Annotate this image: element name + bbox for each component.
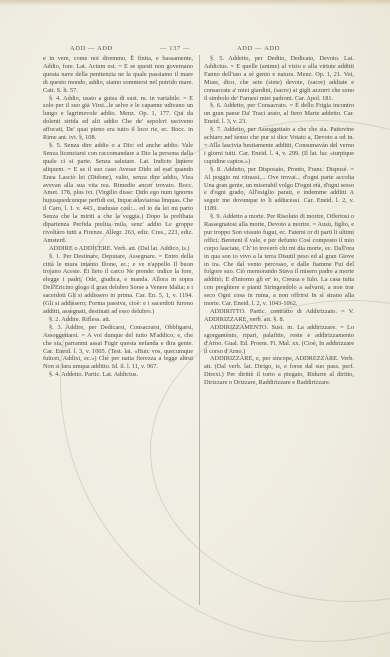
- column-divider: [199, 55, 200, 605]
- entry-paragraph: §. 3. Addire, per Dedicarsi, Consacrarsi…: [43, 324, 193, 371]
- entry-paragraph: §. 8. Addetto, per Disposato, Pronto, Fr…: [204, 166, 354, 213]
- headword-entry: ADDIRIZZAMENTO. Sust. m. La addirizzare.…: [204, 324, 354, 356]
- entry-paragraph: §. 6. Addetto, per Consacrato. = È dello…: [204, 102, 354, 126]
- right-column: §. 5. Addetto, per Dedito, Dedicato, Dev…: [204, 55, 354, 387]
- scanned-dictionary-page: ADD — ADD — 137 — ADD — ADD e in vere, c…: [0, 0, 390, 657]
- entry-paragraph: §. 7. Addetto, per Assoggettato a che ch…: [204, 126, 354, 166]
- entry-paragraph: §. 4. Addio, usato a guisa di sust. m. i…: [43, 95, 193, 142]
- entry-paragraph: §. 9. Addetto a morte. Per Risoluto di m…: [204, 213, 354, 308]
- entry-paragraph: §. 4. Addetto. Partic. Lat. Addictus.: [43, 371, 193, 379]
- page-top-edge: [0, 0, 390, 6]
- entry-paragraph: §. 2. Addire. Rifless. att.: [43, 316, 193, 324]
- running-head-left: ADD — ADD: [70, 45, 113, 52]
- headword-entry: ADDIRE o ADDÌCERE. Verb. att. (Dal lat. …: [43, 245, 193, 253]
- page-number: — 137 —: [160, 45, 190, 52]
- entry-paragraph: §. 5. Addetto, per Dedito, Dedicato, Dev…: [204, 55, 354, 102]
- entry-paragraph: §. 5. Senza dire addio o a Dio: ed anche…: [43, 142, 193, 245]
- running-head-right: ADD — ADD: [237, 45, 280, 52]
- entry-paragraph: §. 1. Per Destinare, Deputare, Assegnare…: [43, 253, 193, 316]
- running-head: ADD — ADD — 137 — ADD — ADD: [70, 45, 280, 52]
- headword-entry: ADDIRITTO. Partic. contratto di Addirizz…: [204, 308, 354, 324]
- headword-entry: ADDIRIZZÀRE, e, per sincope, ADDREZZÀRE.…: [204, 355, 354, 387]
- entry-paragraph: e in vere, come noi diremmo, Ë finita, e…: [43, 55, 193, 95]
- left-column: e in vere, come noi diremmo, Ë finita, e…: [43, 55, 193, 379]
